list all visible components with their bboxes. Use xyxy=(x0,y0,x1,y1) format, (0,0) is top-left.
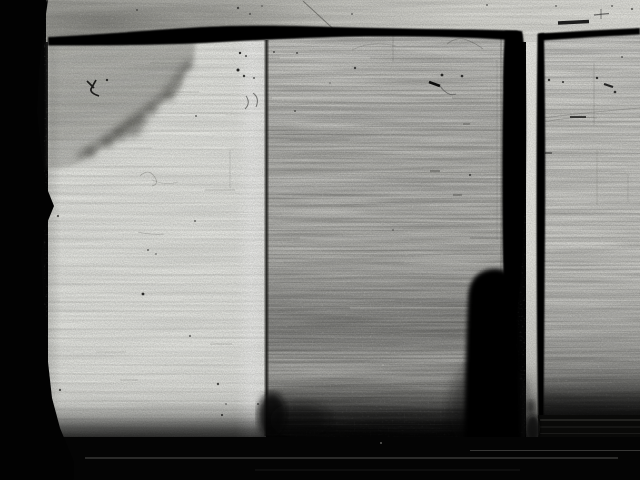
next-spread-left-border xyxy=(537,33,546,418)
left-page-bottom-fade xyxy=(48,402,266,442)
right-page-bottom-fade xyxy=(266,380,512,444)
next-page-bottom-fade xyxy=(543,366,640,418)
microfilm-scan xyxy=(0,0,640,480)
scan-texture-overlay xyxy=(0,0,640,480)
